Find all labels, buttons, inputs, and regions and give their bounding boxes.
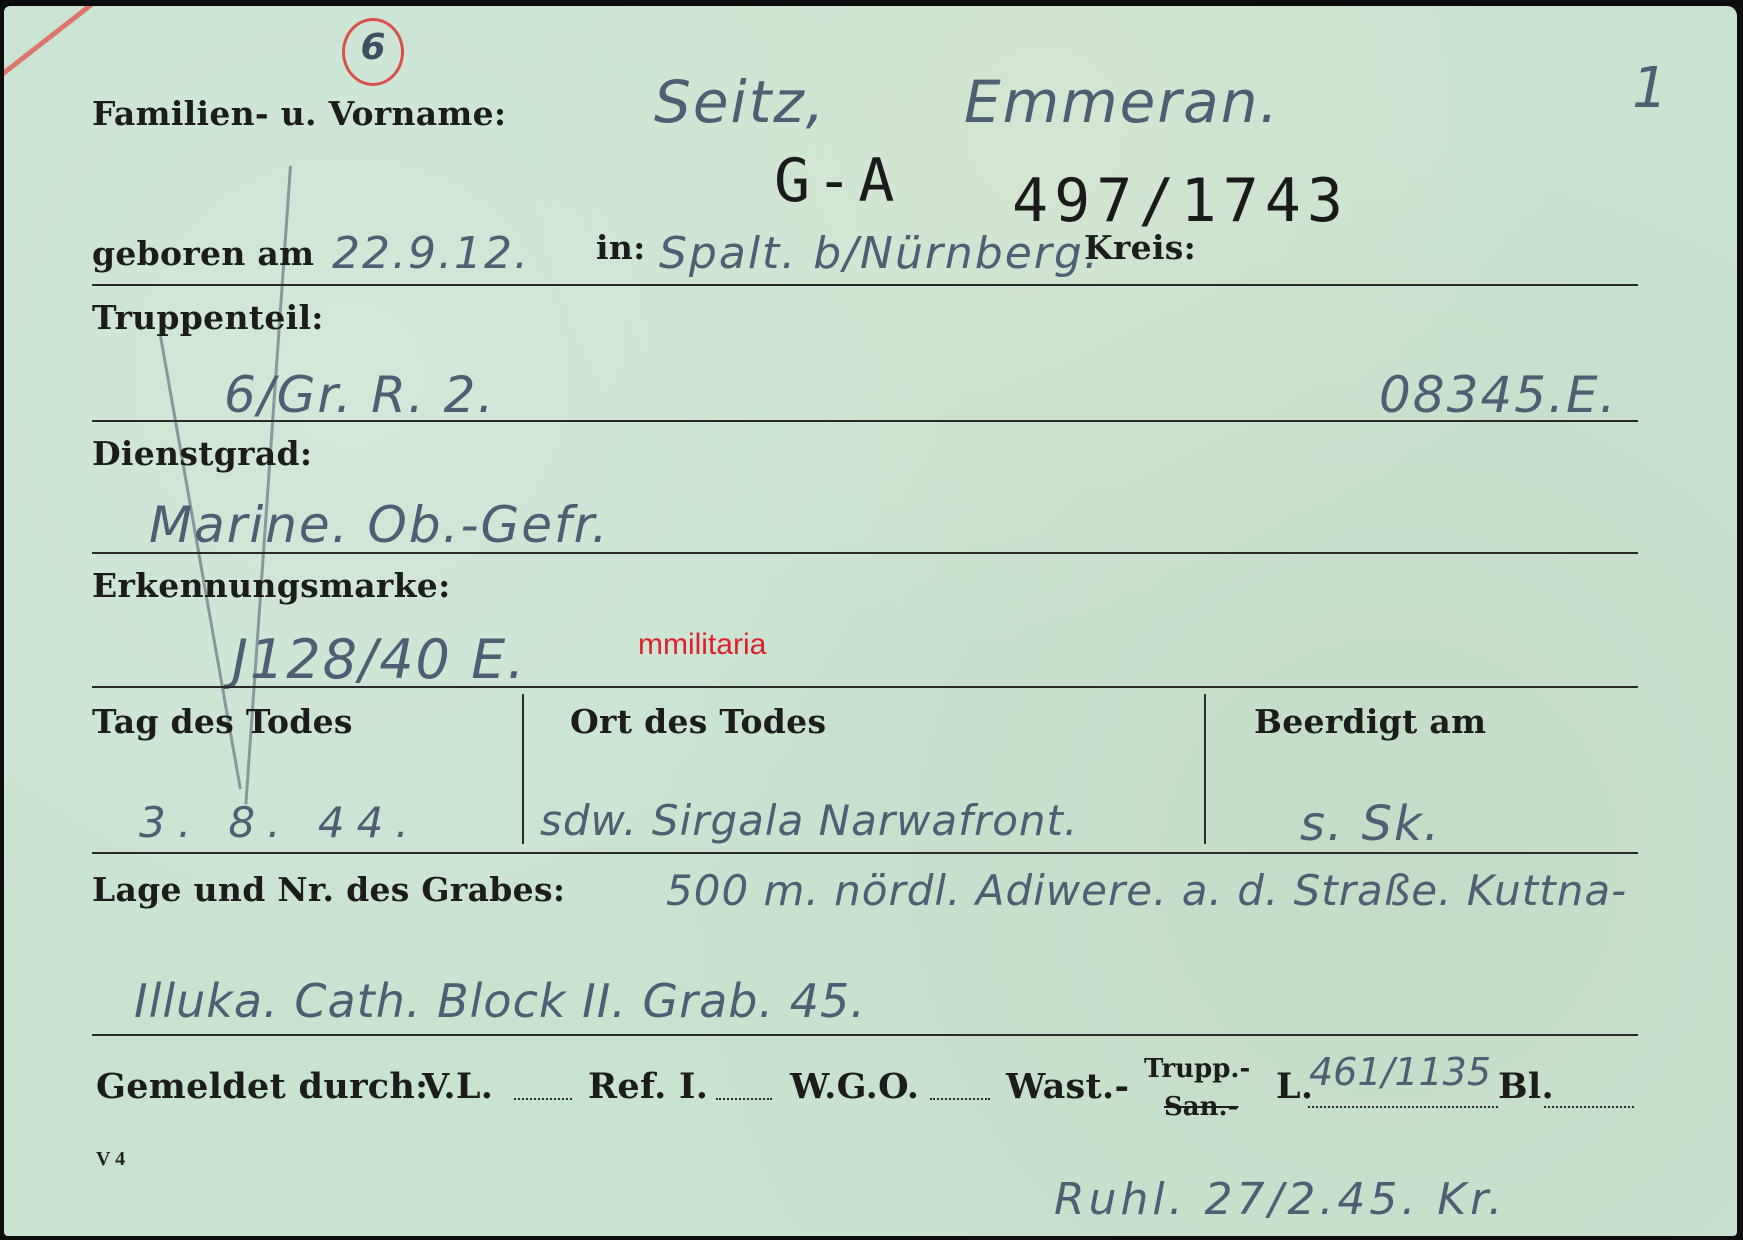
grave-row-rule [92, 1034, 1638, 1036]
stamp-number: 497/1743 [1012, 166, 1349, 236]
casualty-index-card: 6 Familien- u. Vorname: Seitz, Emmeran. … [4, 6, 1737, 1236]
death-table-divider [522, 694, 524, 844]
death-table-bottom-rule [92, 852, 1638, 854]
id-tag-row-rule [92, 686, 1638, 688]
death-place-value: sdw. Sirgala Narwafront. [540, 796, 1078, 845]
rank-label: Dienstgrad: [92, 434, 312, 473]
circled-number: 6 [342, 18, 404, 86]
unit-label: Truppenteil: [92, 298, 324, 337]
death-place-header: Ort des Todes [570, 702, 826, 741]
reported-by-option-vl: V.L. [422, 1066, 493, 1107]
death-date-header: Tag des Todes [92, 702, 353, 741]
rank-value: Marine. Ob.-Gefr. [149, 496, 609, 554]
name-label: Familien- u. Vorname: [92, 94, 506, 133]
grave-label: Lage und Nr. des Grabes: [92, 870, 565, 909]
reported-by-stacked-top: Trupp.- [1144, 1054, 1250, 1084]
burial-date-header: Beerdigt am [1254, 702, 1486, 741]
circled-number-value: 6 [345, 27, 401, 68]
dotted-fill-line [1544, 1106, 1634, 1108]
reported-by-label: Gemeldet durch: [96, 1066, 428, 1107]
grave-line-2: Illuka. Cath. Block II. Grab. 45. [134, 974, 866, 1028]
rank-row-rule [92, 552, 1638, 554]
birth-date-value: 22.9.12. [332, 228, 530, 279]
list-label: L. [1276, 1066, 1313, 1107]
id-tag-label: Erkennungsmarke: [92, 566, 451, 605]
list-value: 461/1135 [1309, 1050, 1491, 1094]
birth-row-rule [92, 284, 1638, 286]
reported-by-stacked-bottom: San.- [1164, 1092, 1238, 1122]
birth-date-label: geboren am [92, 234, 314, 273]
watermark: mmilitaria [638, 628, 766, 662]
fieldpost-number: 08345.E. [1379, 366, 1617, 424]
district-label: Kreis: [1084, 228, 1196, 267]
reported-by-option-ref: Ref. I. [588, 1066, 708, 1107]
given-name-value: Emmeran. [964, 68, 1280, 136]
birth-place-label: in: [596, 228, 646, 267]
unit-row-rule [92, 420, 1638, 422]
id-tag-value: J128/40 E. [232, 628, 526, 691]
unit-value: 6/Gr. R. 2. [224, 366, 495, 424]
surname-value: Seitz, [654, 68, 826, 136]
corner-number: 1 [1632, 56, 1670, 121]
reported-by-option-wast: Wast.- [1006, 1066, 1129, 1107]
form-code: V 4 [96, 1148, 125, 1171]
grave-line-1: 500 m. nördl. Adiwere. a. d. Straße. Kut… [666, 866, 1627, 915]
dotted-fill-line [1308, 1106, 1498, 1108]
dotted-fill-line [514, 1098, 572, 1100]
birth-place-value: Spalt. b/Nürnberg. [659, 228, 1100, 279]
dotted-fill-line [930, 1098, 990, 1100]
death-table-divider [1204, 694, 1206, 844]
death-date-value: 3. 8. 44. [139, 798, 421, 847]
dotted-fill-line [716, 1098, 772, 1100]
reported-by-option-wgo: W.G.O. [790, 1066, 919, 1107]
footer-handwritten-note: Ruhl. 27/2.45. Kr. [1054, 1174, 1506, 1225]
red-pencil-mark [4, 6, 159, 90]
sheet-label: Bl. [1498, 1066, 1554, 1107]
burial-value: s. Sk. [1300, 796, 1441, 852]
stamp-prefix: G-A [774, 146, 900, 216]
